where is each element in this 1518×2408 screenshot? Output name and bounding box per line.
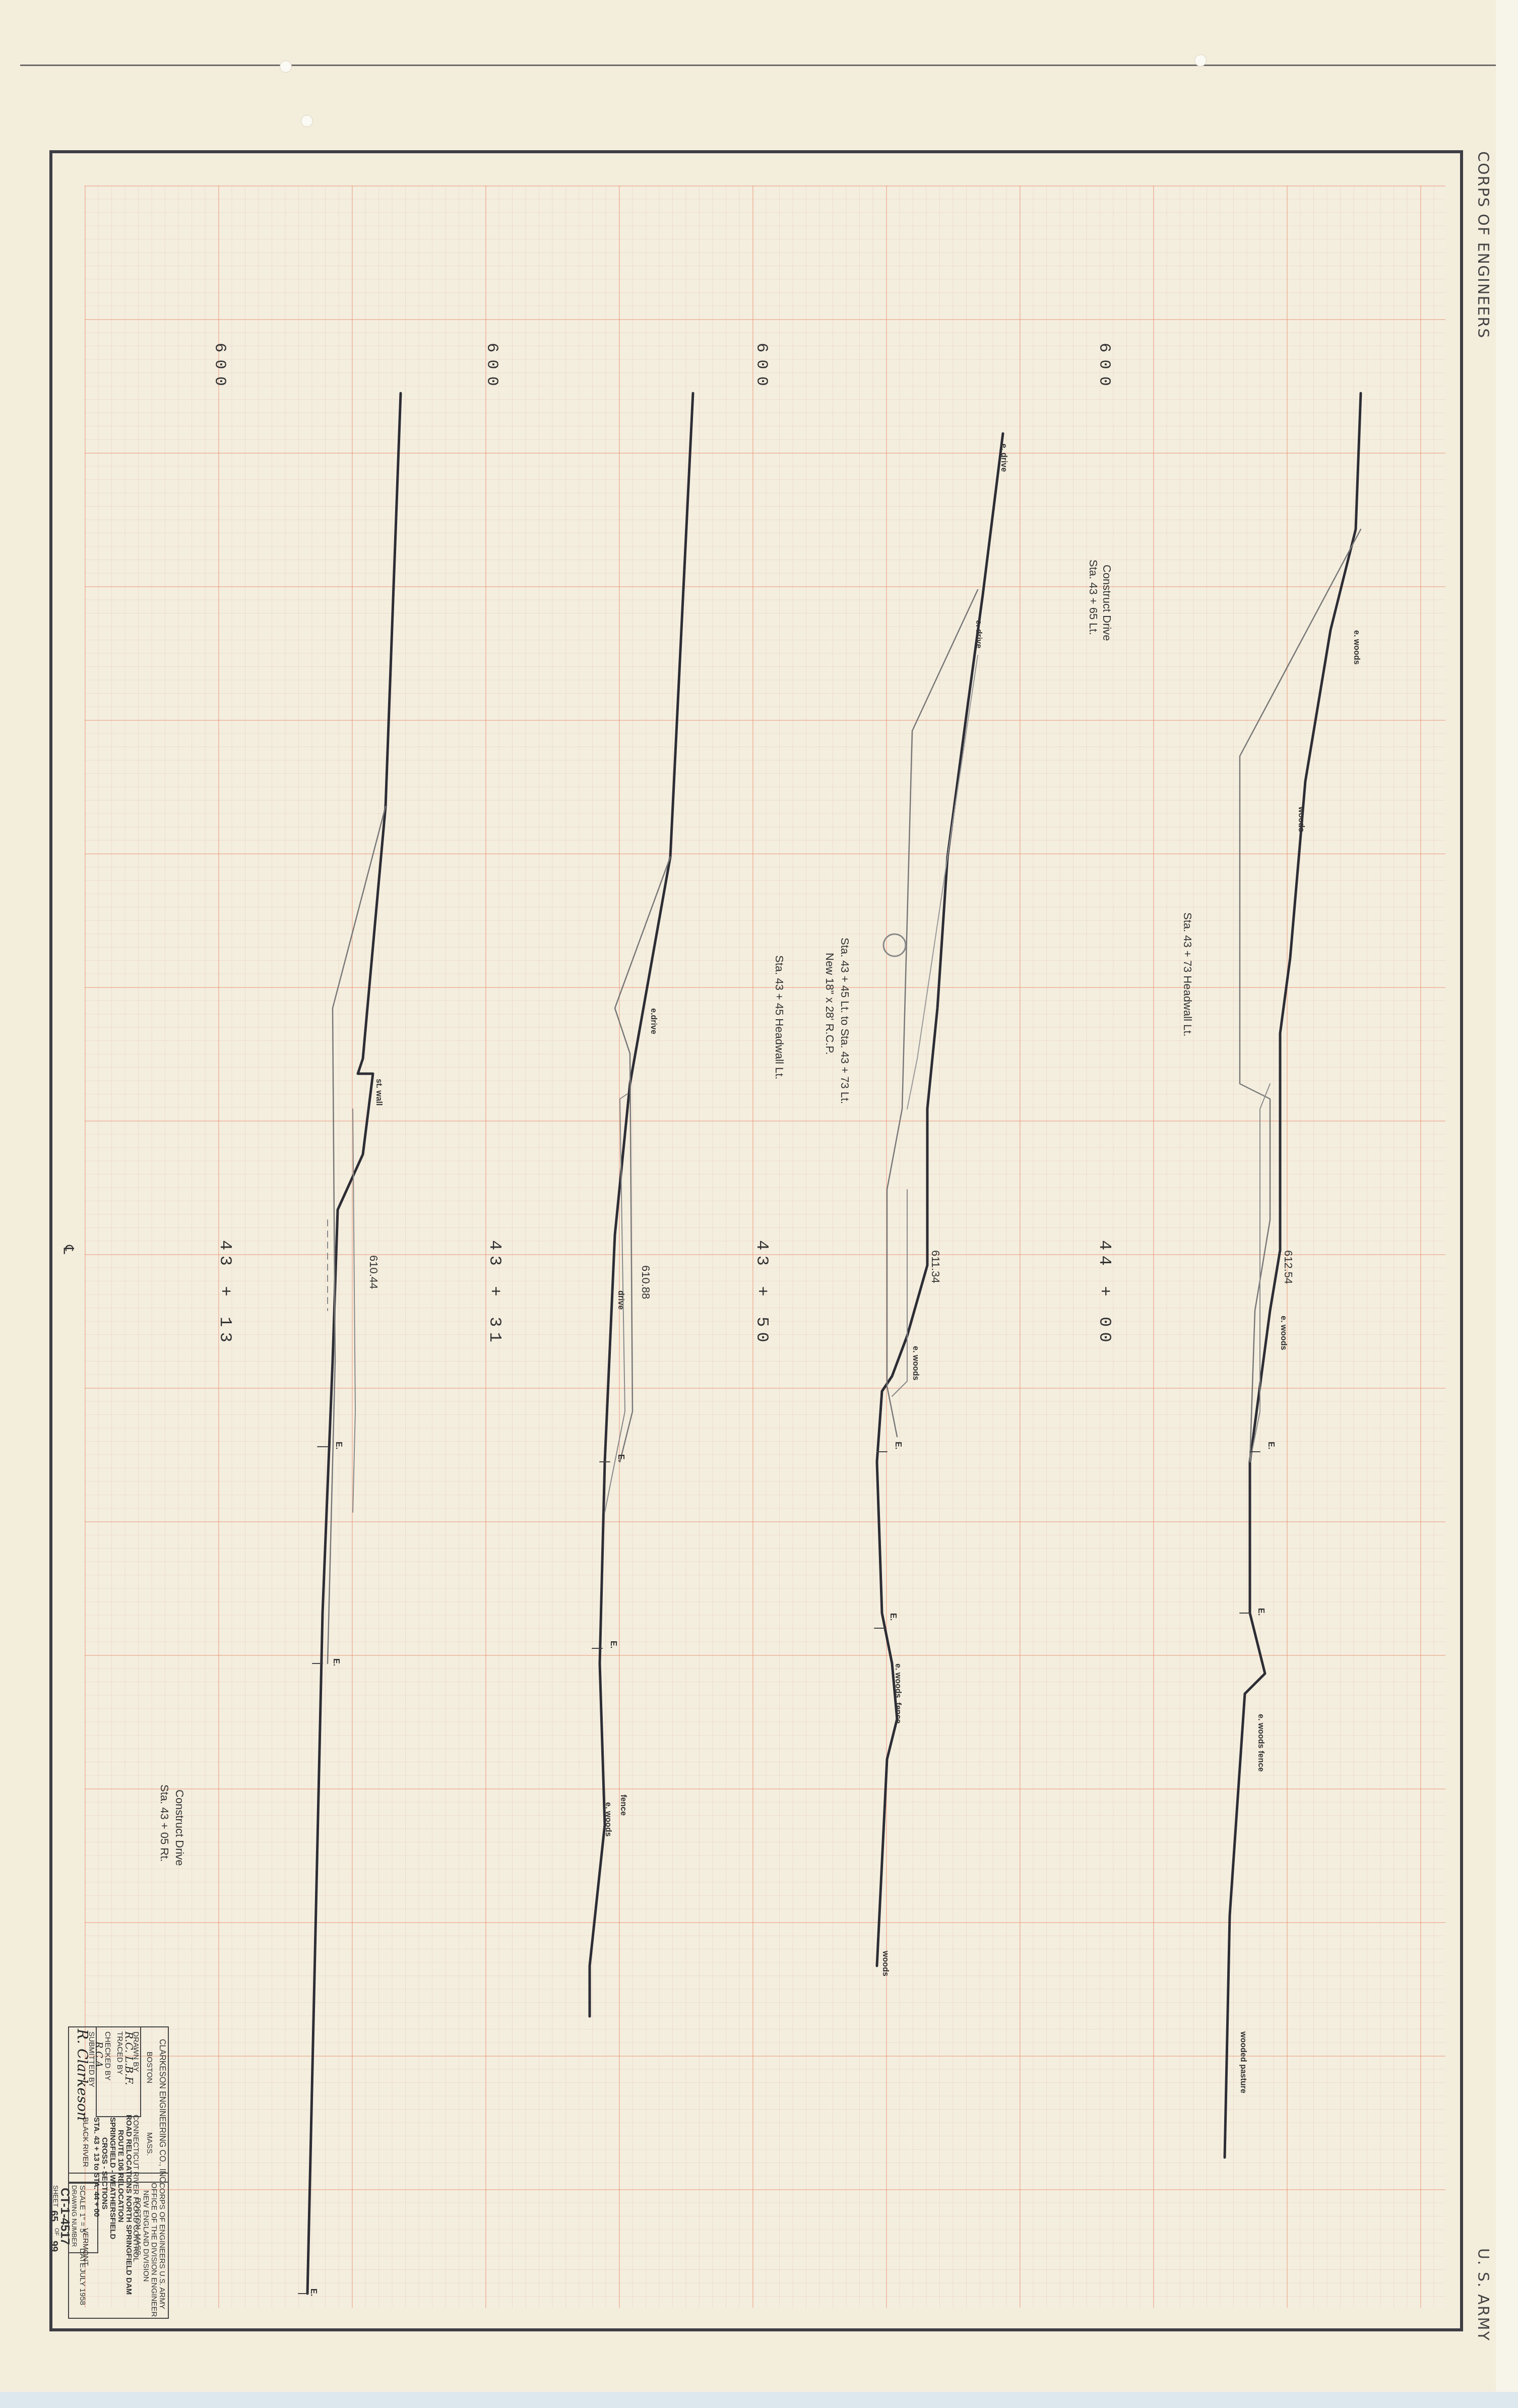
scale-label: SCALE bbox=[78, 2185, 87, 2210]
feature-label: E. bbox=[608, 1641, 617, 1648]
river-name: BLACK RIVER bbox=[81, 2117, 90, 2167]
centerline-icon: ℄ bbox=[61, 1245, 76, 1254]
rcp-note-line1: Sta. 43 + 45 Lt. to Sta. 43 + 73 Lt. bbox=[838, 938, 852, 1104]
agency-line2: OFFICE OF THE DIVISION ENGINEER bbox=[150, 2183, 158, 2317]
firm-name: CLARKESON ENGINEERING CO., INC. bbox=[157, 2039, 166, 2185]
section-43-31-profile bbox=[590, 393, 693, 2016]
datum-label-43-50: 600 bbox=[752, 343, 771, 393]
sheet-of-label: OF bbox=[53, 2228, 59, 2236]
date-value: JULY 1958 bbox=[78, 2268, 87, 2305]
rcp-note-line2: New 18" x 28' R.C.P. bbox=[823, 953, 837, 1055]
checked-by-label: CHECKED BY bbox=[103, 2031, 112, 2081]
agency-line1: CORPS OF ENGINEERS U.S. ARMY bbox=[158, 2183, 166, 2309]
feature-label: e. woods bbox=[911, 1346, 920, 1380]
construct-drive-right-line1: Construct Drive bbox=[172, 1789, 186, 1866]
elevation-611-34: 611.34 bbox=[928, 1250, 942, 1283]
feature-label: e.drive bbox=[649, 1008, 658, 1034]
drawn-by-value: R.C. L.B.F. bbox=[123, 2031, 135, 2085]
headwall-note-43-45: Sta. 43 + 45 Headwall Lt. bbox=[772, 955, 786, 1079]
station-label-43-50: 43 + 50 bbox=[752, 1240, 771, 1347]
drawing-number: CT-1-4517 bbox=[57, 2188, 72, 2245]
agency-line3: NEW ENGLAND DIVISION bbox=[142, 2190, 150, 2282]
project-line5: CROSS - SECTIONS bbox=[100, 2137, 109, 2209]
feature-label: wooded pasture bbox=[1238, 2031, 1247, 2093]
feature-label: E. bbox=[308, 2289, 318, 2296]
feature-label: e. drive bbox=[974, 620, 983, 648]
construct-drive-right-line2: Sta. 43 + 05 Rt. bbox=[157, 1784, 171, 1862]
feature-label: fence bbox=[618, 1795, 627, 1816]
feature-label: E. bbox=[616, 1454, 625, 1462]
feature-label: drive bbox=[616, 1290, 625, 1310]
feature-label: woods bbox=[1296, 807, 1305, 832]
elevation-610-44: 610.44 bbox=[366, 1255, 381, 1289]
feature-label: E. bbox=[893, 1442, 902, 1449]
construct-drive-left-line1: Construct Drive bbox=[1100, 565, 1114, 641]
feature-label: E. bbox=[1266, 1442, 1275, 1449]
station-label-44-00: 44 + 00 bbox=[1095, 1240, 1114, 1347]
feature-label: st. wall bbox=[374, 1079, 383, 1105]
feature-label: woods bbox=[880, 1951, 890, 1977]
feature-label: e. drive bbox=[999, 444, 1008, 472]
sheet-total: 99 bbox=[48, 2241, 59, 2252]
station-label-43-13: 43 + 13 bbox=[215, 1240, 234, 1347]
datum-label-44-00: 600 bbox=[1095, 343, 1114, 393]
feature-label: E. bbox=[1256, 1608, 1265, 1616]
sheet-label: SHEET bbox=[52, 2185, 59, 2207]
submitted-signature: R. Clarkeson bbox=[74, 2029, 91, 2121]
station-label-43-31: 43 + 31 bbox=[485, 1240, 504, 1347]
section-43-13-profile bbox=[307, 393, 401, 2294]
feature-label: E. bbox=[334, 1442, 343, 1449]
drawing-number-label: DRAWING NUMBER bbox=[71, 2185, 78, 2247]
construct-drive-left-line2: Sta. 43 + 65 Lt. bbox=[1086, 560, 1100, 635]
project-line2: ROAD RELOCATIONS NORTH SPRINGFIELD DAM bbox=[124, 2115, 133, 2295]
headwall-note-43-73: Sta. 43 + 73 Headwall Lt. bbox=[1180, 912, 1194, 1036]
feature-label: e. woods bbox=[1352, 630, 1361, 664]
feature-label: e. woods bbox=[603, 1802, 612, 1836]
elevation-610-88: 610.88 bbox=[639, 1265, 653, 1299]
edge-tick-marks bbox=[298, 1447, 1260, 2294]
sheet-number: 65 bbox=[48, 2210, 59, 2221]
feature-label: e. woods fence bbox=[893, 1663, 902, 1723]
elevation-612-54: 612.54 bbox=[1281, 1250, 1295, 1284]
section-43-50-profile bbox=[877, 434, 1003, 1966]
datum-label-43-13: 600 bbox=[211, 343, 229, 393]
project-line6: STA. 43 + 13 to STA. 44 + 00 bbox=[92, 2117, 101, 2217]
scale-value: 1" = 5' bbox=[78, 2213, 87, 2234]
date-label: DATE bbox=[78, 2248, 87, 2268]
traced-by-label: TRACED BY bbox=[115, 2031, 124, 2075]
project-line3: ROUTE 106 RELOCATION bbox=[116, 2130, 125, 2222]
feature-label: E. bbox=[888, 1613, 897, 1621]
feature-label: e. woods fence bbox=[1256, 1714, 1265, 1759]
project-line4: SPRINGFIELD - WEATHERSFIELD bbox=[108, 2117, 117, 2239]
firm-city: BOSTON bbox=[145, 2052, 154, 2083]
feature-label: e. woods bbox=[1279, 1316, 1288, 1350]
firm-state: MASS. bbox=[145, 2132, 154, 2156]
feature-label: E. bbox=[331, 1658, 340, 1666]
datum-label-43-31: 600 bbox=[483, 343, 501, 393]
